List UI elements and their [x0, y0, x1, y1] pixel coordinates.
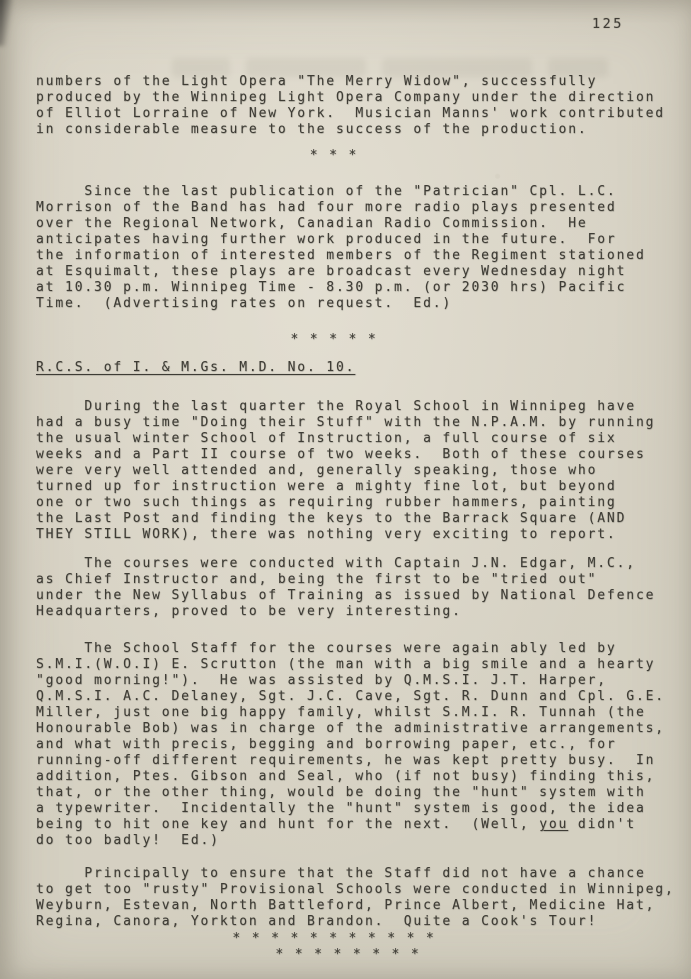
text-line: Weyburn, Estevan, North Battleford, Prin… — [36, 898, 676, 914]
text-line: THEY STILL WORK), there was nothing very… — [36, 527, 676, 543]
text-line: Headquarters, proved to be very interest… — [36, 604, 676, 620]
text-line: over the Regional Network, Canadian Radi… — [36, 216, 676, 232]
text-line: under the New Syllabus of Training as is… — [36, 588, 676, 604]
para-royal-school: During the last quarter the Royal School… — [36, 399, 676, 543]
text-line: of Elliot Lorraine of New York. Musician… — [36, 106, 676, 122]
text-segment: didn't — [568, 817, 636, 832]
text-line: Principally to ensure that the Staff did… — [36, 866, 676, 882]
asterisk-separator: * * * * * — [14, 332, 654, 348]
section-heading: R.C.S. of I. & M.Gs. M.D. No. 10. — [36, 360, 676, 376]
text-line: as Chief Instructor and, being the first… — [36, 572, 676, 588]
asterisk-separator: * * * * * * * * * * * — [14, 931, 654, 947]
text-line: one or two such things as requiring rubb… — [36, 495, 676, 511]
text-line: Q.M.S.I. A.C. Delaney, Sgt. J.C. Cave, S… — [36, 689, 676, 705]
text-line: Since the last publication of the "Patri… — [36, 184, 676, 200]
text-line: being to hit one key and hunt for the ne… — [36, 817, 676, 833]
text-line: a typewriter. Incidentally the "hunt" sy… — [36, 801, 676, 817]
text-line: that, or the other thing, would be doing… — [36, 785, 676, 801]
asterisk-separator: * * * * * * * * — [28, 947, 668, 962]
scan-corner-smudge — [0, 0, 13, 46]
text-line: the information of interested members of… — [36, 248, 676, 264]
text-line: do too badly! Ed.) — [36, 833, 676, 849]
text-line: Regina, Canora, Yorkton and Brandon. Qui… — [36, 914, 676, 930]
text-line: in considerable measure to the success o… — [36, 122, 676, 138]
text-line: at Esquimalt, these plays are broadcast … — [36, 264, 676, 280]
text-segment: being to hit one key and hunt for the ne… — [36, 817, 539, 832]
text-line: the usual winter School of Instruction, … — [36, 431, 676, 447]
text-line: During the last quarter the Royal School… — [36, 399, 676, 415]
text-line: "good morning!"). He was assisted by Q.M… — [36, 673, 676, 689]
para-school-staff: The School Staff for the courses were ag… — [36, 641, 676, 849]
text-line: to get too "rusty" Provisional Schools w… — [36, 882, 676, 898]
text-line: Time. (Advertising rates on request. Ed.… — [36, 296, 676, 312]
text-line: turned up for instruction were a mighty … — [36, 479, 676, 495]
text-line: and what with precis, begging and borrow… — [36, 737, 676, 753]
asterisk-separator: * * * — [14, 148, 654, 164]
text-line: at 10.30 p.m. Winnipeg Time - 8.30 p.m. … — [36, 280, 676, 296]
text-line: had a busy time "Doing their Stuff" with… — [36, 415, 676, 431]
text-line: addition, Ptes. Gibson and Seal, who (if… — [36, 769, 676, 785]
para-provisional-schools: Principally to ensure that the Staff did… — [36, 866, 676, 930]
text-line: The courses were conducted with Captain … — [36, 556, 676, 572]
para-light-opera: numbers of the Light Opera "The Merry Wi… — [36, 74, 676, 138]
scanned-document-page: 125 numbers of the Light Opera "The Merr… — [0, 0, 691, 979]
text-line: Morrison of the Band has had four more r… — [36, 200, 676, 216]
text-line: produced by the Winnipeg Light Opera Com… — [36, 90, 676, 106]
text-line: S.M.I.(W.O.I) E. Scrutton (the man with … — [36, 657, 676, 673]
text-line: Honourable Bob) was in charge of the adm… — [36, 721, 676, 737]
text-line: were very well attended and, generally s… — [36, 463, 676, 479]
text-line: The School Staff for the courses were ag… — [36, 641, 676, 657]
para-radio-plays: Since the last publication of the "Patri… — [36, 184, 676, 312]
underlined-word: you — [539, 817, 568, 832]
text-line: weeks and a Part II course of two weeks.… — [36, 447, 676, 463]
text-line: numbers of the Light Opera "The Merry Wi… — [36, 74, 676, 90]
text-line: Miller, just one big happy family, whils… — [36, 705, 676, 721]
document-body: numbers of the Light Opera "The Merry Wi… — [36, 0, 676, 962]
text-line: the Last Post and finding the keys to th… — [36, 511, 676, 527]
text-line: running-off different requirements, he w… — [36, 753, 676, 769]
text-line: anticipates having further work produced… — [36, 232, 676, 248]
para-courses: The courses were conducted with Captain … — [36, 556, 676, 620]
